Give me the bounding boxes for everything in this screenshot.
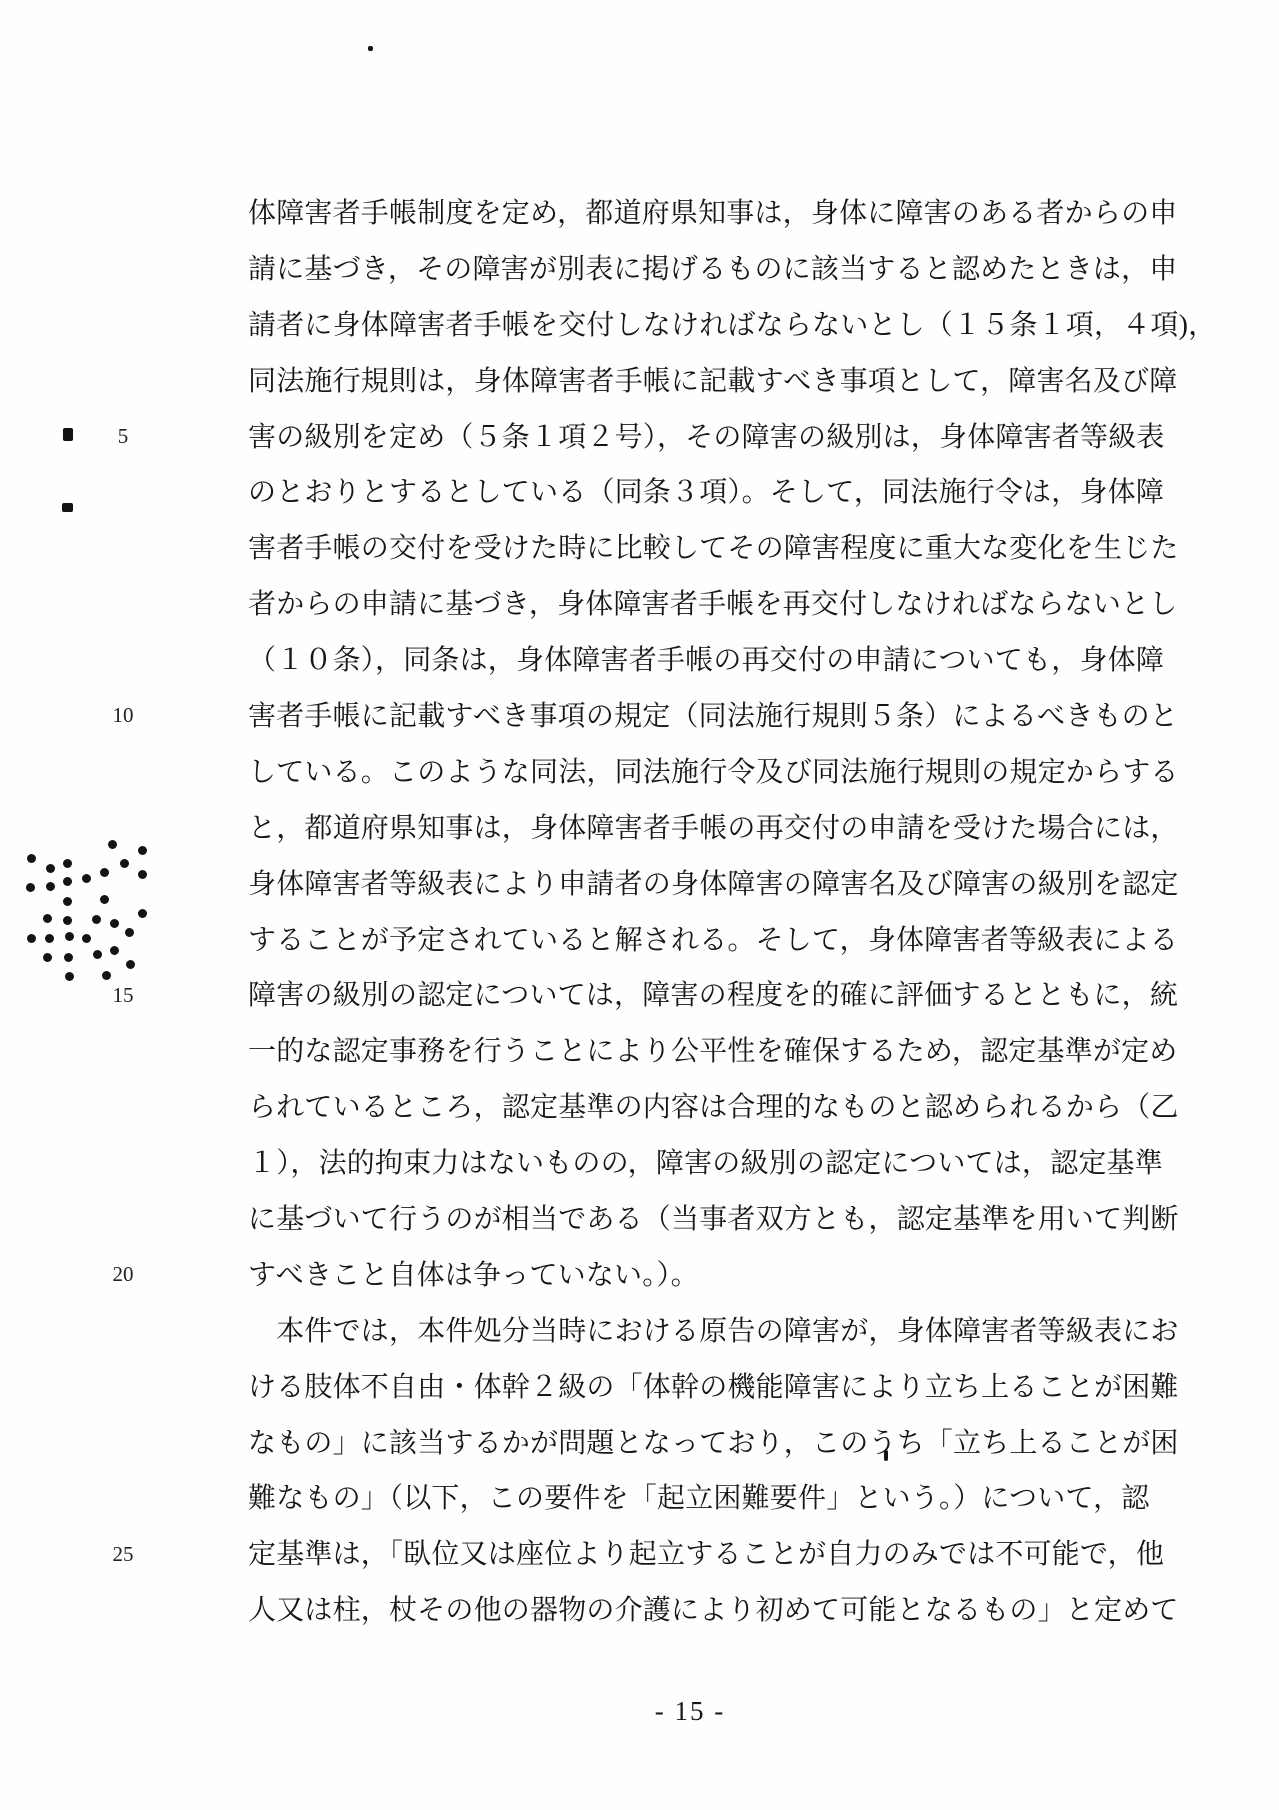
text-line: することが予定されていると解される。そして，身体障害者等級表による — [248, 913, 1188, 969]
margin-line-number: 10 — [95, 703, 151, 728]
dot-artifact — [27, 934, 36, 943]
margin-line-number: 5 — [95, 424, 151, 449]
scan-mark-artifact — [368, 46, 373, 51]
dot-artifact — [43, 953, 52, 962]
dot-artifact — [63, 859, 72, 868]
dot-artifact — [138, 870, 147, 879]
text-line: 害の級別を定め（５条１項２号），その障害の級別は，身体障害者等級表 — [248, 410, 1188, 466]
text-line: なもの」に該当するかが問題となっており，このうち「立ち上ることが困 — [248, 1416, 1188, 1472]
text-line: ける肢体不自由・体幹２級の「体幹の機能障害により立ち上ることが困難 — [248, 1360, 1188, 1416]
dot-artifact — [110, 946, 119, 955]
text-line: １），法的拘束力はないものの，障害の級別の認定については，認定基準 — [248, 1136, 1188, 1192]
dot-artifact — [108, 840, 117, 849]
dot-artifact — [26, 883, 35, 892]
margin-line-number: 20 — [95, 1262, 151, 1287]
document-page: 体障害者手帳制度を定め，都道府県知事は，身体に障害のある者からの申請に基づき，そ… — [0, 0, 1279, 1810]
dot-artifact — [100, 895, 109, 904]
dot-artifact — [27, 854, 36, 863]
dot-artifact — [65, 932, 74, 941]
text-line: （１０条），同条は，身体障害者手帳の再交付の申請についても，身体障 — [248, 633, 1188, 689]
text-line: 人又は柱，杖その他の器物の介護により初めて可能となるもの」と定めて — [248, 1583, 1188, 1639]
dot-artifact — [63, 916, 72, 925]
text-line: 障害の級別の認定については，障害の程度を的確に評価するとともに，統 — [248, 968, 1188, 1024]
text-line: のとおりとするとしている（同条３項）。そして，同法施行令は，身体障 — [248, 465, 1188, 521]
text-line: られているところ，認定基準の内容は合理的なものと認められるから（乙 — [248, 1080, 1188, 1136]
scan-mark-artifact — [884, 1450, 888, 1461]
text-line: 請に基づき，その障害が別表に掲げるものに該当すると認めたときは，申 — [248, 242, 1188, 298]
dot-artifact — [100, 868, 109, 877]
dot-artifact — [46, 882, 55, 891]
text-line: している。このような同法，同法施行令及び同法施行規則の規定からする — [248, 745, 1188, 801]
dot-artifact — [93, 950, 102, 959]
text-line: 体障害者手帳制度を定め，都道府県知事は，身体に障害のある者からの申 — [248, 186, 1188, 242]
margin-line-number: 15 — [95, 983, 151, 1008]
text-line: と，都道府県知事は，身体障害者手帳の再交付の申請を受けた場合には， — [248, 801, 1188, 857]
text-line: 難なもの」（以下，この要件を「起立困難要件」という。）について，認 — [248, 1471, 1188, 1527]
dot-artifact — [126, 960, 135, 969]
dot-artifact — [82, 874, 91, 883]
text-line: すべきこと自体は争っていない。）。 — [248, 1248, 1188, 1304]
dot-artifact — [63, 897, 72, 906]
dot-artifact — [82, 934, 91, 943]
dot-artifact — [43, 914, 52, 923]
dot-artifact — [138, 909, 147, 918]
text-line: 一的な認定事務を行うことにより公平性を確保するため，認定基準が定め — [248, 1024, 1188, 1080]
page-number: - 15 - — [610, 1696, 770, 1727]
text-line: 同法施行規則は，身体障害者手帳に記載すべき事項として，障害名及び障 — [248, 354, 1188, 410]
body-text: 体障害者手帳制度を定め，都道府県知事は，身体に障害のある者からの申請に基づき，そ… — [248, 186, 1188, 1639]
scan-mark-artifact — [63, 428, 73, 441]
text-line: 請者に身体障害者手帳を交付しなければならないとし（１５条１項，４項)， — [248, 298, 1188, 354]
text-line: 者からの申請に基づき，身体障害者手帳を再交付しなければならないとし — [248, 577, 1188, 633]
text-line: 定基準は，「臥位又は座位より起立することが自力のみでは不可能で，他 — [248, 1527, 1188, 1583]
text-line: 害者手帳に記載すべき事項の規定（同法施行規則５条）によるべきものと — [248, 689, 1188, 745]
dot-artifact — [92, 915, 101, 924]
text-line: に基づいて行うのが相当である（当事者双方とも，認定基準を用いて判断 — [248, 1192, 1188, 1248]
margin-line-number: 25 — [95, 1542, 151, 1567]
dot-artifact — [63, 877, 72, 886]
text-line: 本件では，本件処分当時における原告の障害が，身体障害者等級表にお — [248, 1304, 1188, 1360]
dot-artifact — [64, 953, 73, 962]
text-line: 身体障害者等級表により申請者の身体障害の障害名及び障害の級別を認定 — [248, 857, 1188, 913]
dot-artifact — [120, 859, 129, 868]
dot-artifact — [102, 971, 111, 980]
scan-mark-artifact — [62, 503, 73, 512]
dot-artifact — [110, 919, 119, 928]
dot-artifact — [125, 928, 134, 937]
text-line: 害者手帳の交付を受けた時に比較してその障害程度に重大な変化を生じた — [248, 521, 1188, 577]
dot-artifact — [45, 934, 54, 943]
dot-artifact — [46, 864, 55, 873]
dot-artifact — [65, 972, 74, 981]
dot-artifact — [138, 846, 147, 855]
